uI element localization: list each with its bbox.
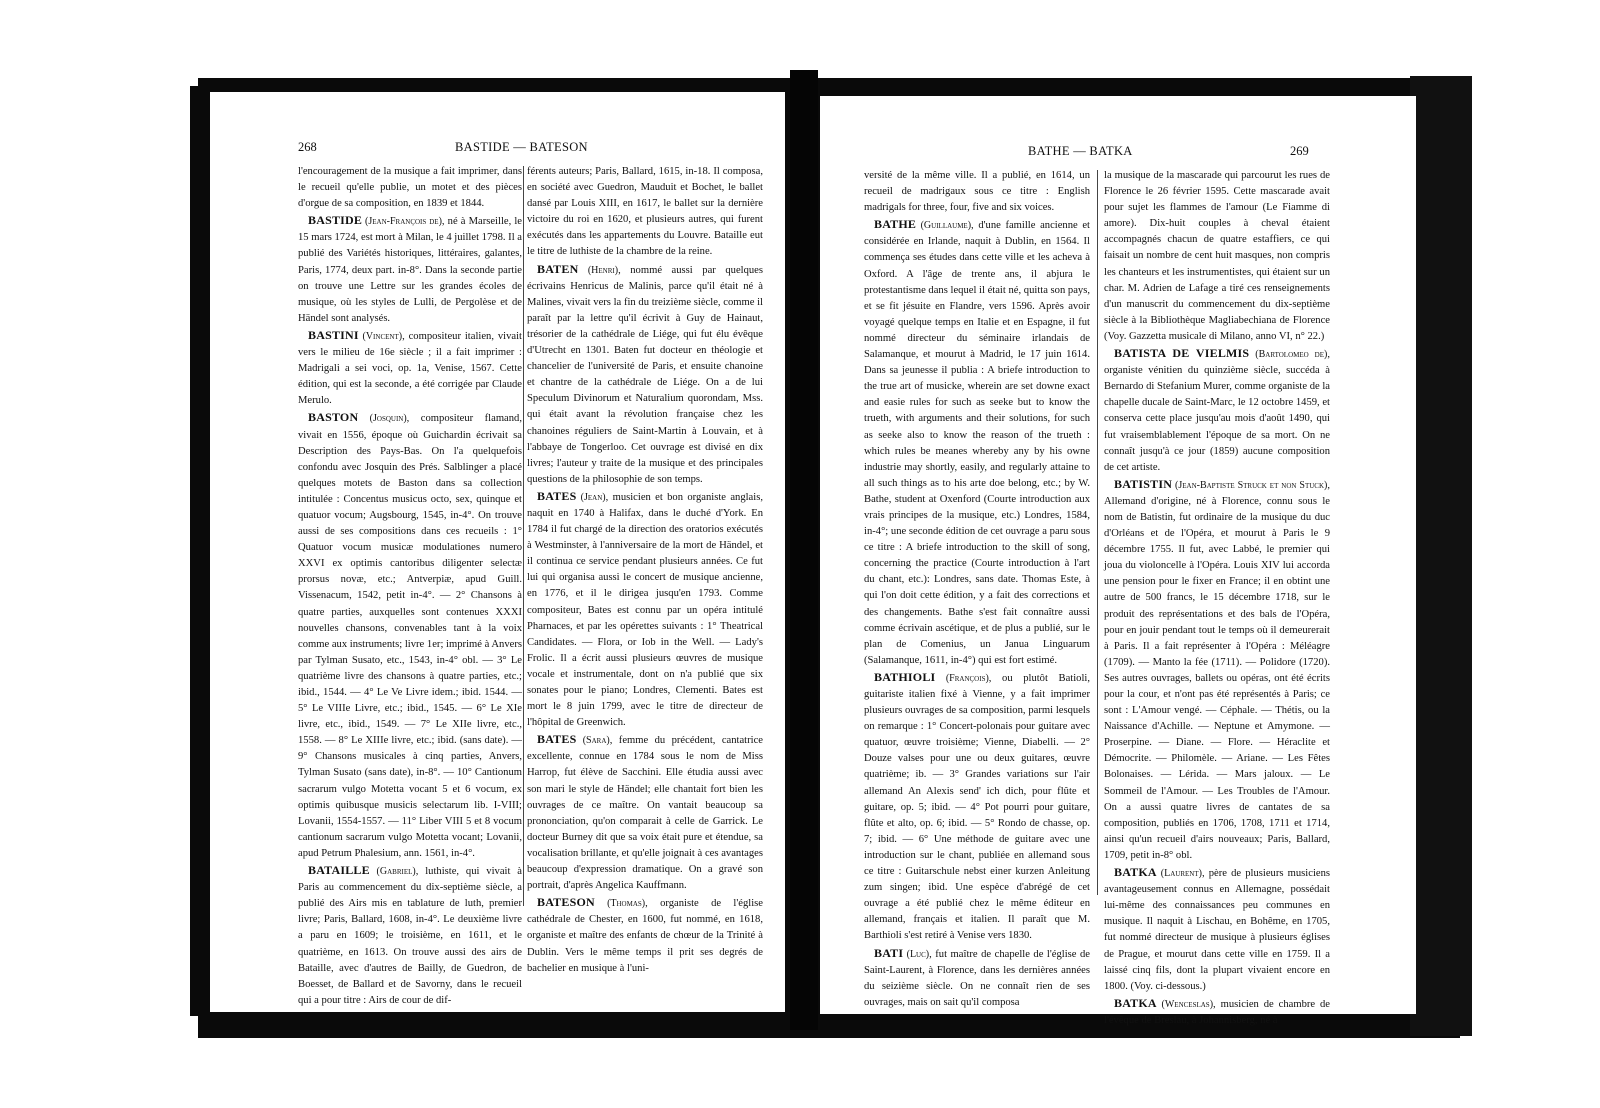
entry-qualifier: (Thomas) (595, 898, 645, 909)
entry-headword: BATISTA DE VIELMIS (1114, 346, 1249, 360)
entry-qualifier: (Vincent) (359, 331, 402, 342)
entry-text: , organiste de l'église cathédrale de Ch… (527, 898, 763, 973)
entry-qualifier: (Luc) (903, 949, 929, 960)
dictionary-entry: BATES (Jean), musicien et bon organiste … (527, 488, 763, 731)
entry-text: , ou plutôt Batioli, guitariste italien … (864, 673, 1090, 942)
continued-text: l'encouragement de la musique a fait imp… (298, 164, 522, 212)
entry-qualifier: (Jean-François de) (362, 216, 442, 227)
right-page-column-2: la musique de la mascarade qui parcourut… (1104, 168, 1330, 1029)
continued-text: la musique de la mascarade qui parcourut… (1104, 168, 1330, 345)
dictionary-entry: BASTON (Josquin), compositeur flamand, v… (298, 409, 522, 862)
left-page-column-1: l'encouragement de la musique a fait imp… (298, 164, 522, 1009)
book-spine (790, 70, 818, 1030)
entry-text: , né à Marseille, le 15 mars 1724, est m… (298, 216, 522, 324)
dictionary-entry: BATHIOLI (François), ou plutôt Batioli, … (864, 669, 1090, 945)
dictionary-entry: BATESON (Thomas), organiste de l'église … (527, 894, 763, 976)
entry-text: la musique de la mascarade qui parcourut… (1104, 170, 1330, 342)
entry-headword: BATES (537, 489, 576, 503)
right-page-column-1: versité de la même ville. Il a publié, e… (864, 168, 1090, 1011)
entry-qualifier: (François) (935, 673, 988, 684)
entry-text: , musicien et bon organiste anglais, naq… (527, 492, 763, 728)
entry-qualifier: (Laurent) (1157, 868, 1202, 879)
entry-text: , Allemand d'origine, né à Florence, con… (1104, 480, 1330, 861)
entry-headword: BATKA (1114, 865, 1157, 879)
dictionary-entry: BASTIDE (Jean-François de), né à Marseil… (298, 212, 522, 327)
entry-qualifier: (Josquin) (358, 413, 406, 424)
entry-headword: BATHIOLI (874, 670, 935, 684)
entry-headword: BATI (874, 946, 903, 960)
entry-qualifier: (Jean-Baptiste Struck et non Stuck) (1172, 480, 1327, 491)
entry-text: , organiste vénitien du quinzième siècle… (1104, 349, 1330, 473)
entry-qualifier: (Guillaume) (916, 220, 971, 231)
dictionary-entry: BATAILLE (Gabriel), luthiste, qui vivait… (298, 862, 522, 1009)
entry-qualifier: (Sara) (576, 735, 609, 746)
entry-text: versité de la même ville. Il a publié, e… (864, 170, 1090, 213)
entry-qualifier: (Bartolomeo de) (1249, 349, 1327, 360)
entry-text: , femme du précédent, cantatrice excelle… (527, 735, 763, 891)
dictionary-entry: BATKA (Wenceslas), musicien de chambre d… (1104, 995, 1330, 1029)
dictionary-entry: BATEN (Henri), nommé aussi par quelques … (527, 261, 763, 488)
entry-qualifier: (Wenceslas) (1157, 999, 1213, 1010)
entry-text: , nommé aussi par quelques écrivains Hen… (527, 265, 763, 485)
entry-text: , père de plusieurs musiciens avantageus… (1104, 868, 1330, 992)
entry-text: férents auteurs; Paris, Ballard, 1615, i… (527, 166, 763, 257)
continued-text: versité de la même ville. Il a publié, e… (864, 168, 1090, 216)
column-divider (1097, 170, 1098, 895)
continued-text: férents auteurs; Paris, Ballard, 1615, i… (527, 164, 763, 261)
entry-text: , compositeur flamand, vivait en 1556, é… (298, 413, 522, 859)
entry-text: , d'une famille ancienne et considérée e… (864, 220, 1090, 666)
dictionary-entry: BATISTA DE VIELMIS (Bartolomeo de), orga… (1104, 345, 1330, 476)
left-page: 268 BASTIDE — BATESON l'encouragement de… (210, 92, 785, 1012)
entry-headword: BASTIDE (308, 213, 362, 227)
dictionary-entry: BATHE (Guillaume), d'une famille ancienn… (864, 216, 1090, 669)
entry-headword: BASTINI (308, 328, 359, 342)
entry-text: l'encouragement de la musique a fait imp… (298, 166, 522, 209)
entry-qualifier: (Gabriel) (370, 866, 416, 877)
running-head: BASTIDE — BATESON (455, 140, 588, 155)
dictionary-entry: BATISTIN (Jean-Baptiste Struck et non St… (1104, 476, 1330, 864)
entry-qualifier: (Henri) (578, 265, 618, 276)
page-number: 269 (1290, 144, 1309, 159)
entry-headword: BATHE (874, 217, 916, 231)
entry-headword: BATKA (1114, 996, 1157, 1010)
entry-text: , compositeur italien, vivait vers le mi… (298, 331, 522, 406)
column-divider (523, 166, 524, 906)
entry-text: , luthiste, qui vivait à Paris au commen… (298, 866, 522, 1006)
dictionary-entry: BATES (Sara), femme du précédent, cantat… (527, 731, 763, 894)
entry-headword: BASTON (308, 410, 358, 424)
dictionary-entry: BASTINI (Vincent), compositeur italien, … (298, 327, 522, 409)
right-page: BATHE — BATKA 269 versité de la même vil… (820, 96, 1416, 1014)
entry-headword: BATAILLE (308, 863, 370, 877)
page-number: 268 (298, 140, 317, 155)
scan-right-edge (1410, 76, 1472, 1036)
left-page-column-2: férents auteurs; Paris, Ballard, 1615, i… (527, 164, 763, 977)
running-head: BATHE — BATKA (1028, 144, 1133, 159)
dictionary-entry: BATI (Luc), fut maître de chapelle de l'… (864, 945, 1090, 1011)
entry-headword: BATES (537, 732, 576, 746)
dictionary-entry: BATKA (Laurent), père de plusieurs music… (1104, 864, 1330, 995)
entry-headword: BATESON (537, 895, 595, 909)
entry-qualifier: (Jean) (576, 492, 605, 503)
entry-headword: BATEN (537, 262, 578, 276)
entry-headword: BATISTIN (1114, 477, 1172, 491)
